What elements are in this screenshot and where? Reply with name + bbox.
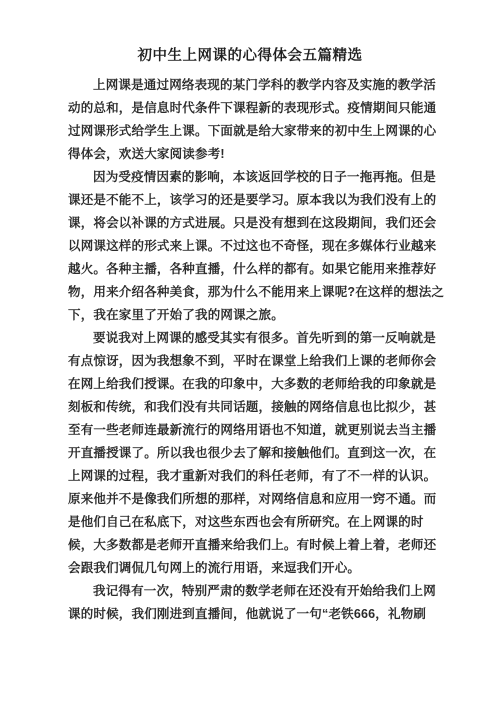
text-line: 我记得有一次，特别严肃的数学老师在还没有开始给我们上网 bbox=[68, 580, 436, 603]
text-line: 课还是不能不上，该学习的还是要学习。原本我以为我们没有上的 bbox=[68, 189, 436, 212]
document-title: 初中生上网课的心得体会五篇精选 bbox=[0, 47, 500, 65]
text-line: 动的总和，是信息时代条件下课程新的表现形式。疫情期间只能通 bbox=[68, 97, 436, 120]
paragraph: 因为受疫情因素的影响，本该返回学校的日子一拖再拖。但是课还是不能不上，该学习的还… bbox=[68, 166, 436, 327]
text-line: 刻板和传统，和我们没有共同话题，接触的网络信息也比拟少，甚 bbox=[68, 396, 436, 419]
text-line: 会跟我们调侃几句网上的流行用语，来逗我们开心。 bbox=[68, 557, 436, 580]
text-line: 开直播授课了。所以我也很少去了解和接触他们。直到这一次，在 bbox=[68, 442, 436, 465]
text-line: 下，我在家里了开始了我的网课之旅。 bbox=[68, 304, 436, 327]
paragraph: 要说我对上网课的感受其实有很多。首先听到的第一反响就是有点惊讶，因为我想象不到，… bbox=[68, 327, 436, 580]
text-line: 上网课的过程，我才重新对我们的科任老师，有了不一样的认识。 bbox=[68, 465, 436, 488]
text-line: 在网上给我们授课。在我的印象中，大多数的老师给我的印象就是 bbox=[68, 373, 436, 396]
text-line: 过网课形式给学生上课。下面就是给大家带来的初中生上网课的心 bbox=[68, 120, 436, 143]
text-line: 因为受疫情因素的影响，本该返回学校的日子一拖再拖。但是 bbox=[68, 166, 436, 189]
text-line: 得体会，欢送大家阅读参考! bbox=[68, 143, 436, 166]
text-line: 要说我对上网课的感受其实有很多。首先听到的第一反响就是 bbox=[68, 327, 436, 350]
text-line: 原来他并不是像我们所想的那样，对网络信息和应用一窍不通。而 bbox=[68, 488, 436, 511]
text-line: 是他们自己在私底下，对这些东西也会有所研究。在上网课的时 bbox=[68, 511, 436, 534]
text-line: 物，用来介绍各种美食，那为什么不能用来上课呢?在这样的想法之 bbox=[68, 281, 436, 304]
paragraph: 我记得有一次，特别严肃的数学老师在还没有开始给我们上网课的时候，我们刚进到直播间… bbox=[68, 580, 436, 626]
paragraph: 上网课是通过网络表现的某门学科的教学内容及实施的教学活动的总和，是信息时代条件下… bbox=[68, 74, 436, 166]
text-line: 越火。各种主播，各种直播，什么样的都有。如果它能用来推荐好 bbox=[68, 258, 436, 281]
text-line: 候，大多数都是老师开直播来给我们上。有时候上着上着，老师还 bbox=[68, 534, 436, 557]
text-line: 上网课是通过网络表现的某门学科的教学内容及实施的教学活 bbox=[68, 74, 436, 97]
text-line: 至有一些老师连最新流行的网络用语也不知道，就更别说去当主播 bbox=[68, 419, 436, 442]
text-line: 课，将会以补课的方式进展。只是没有想到在这段期间，我们还会 bbox=[68, 212, 436, 235]
text-line: 以网课这样的形式来上课。不过这也不奇怪，现在多媒体行业越来 bbox=[68, 235, 436, 258]
document-page: 初中生上网课的心得体会五篇精选 上网课是通过网络表现的某门学科的教学内容及实施的… bbox=[0, 0, 500, 707]
text-line: 课的时候，我们刚进到直播间，他就说了一句“老铁666，礼物刷 bbox=[68, 603, 436, 626]
document-body: 上网课是通过网络表现的某门学科的教学内容及实施的教学活动的总和，是信息时代条件下… bbox=[68, 74, 436, 626]
text-line: 有点惊讶，因为我想象不到，平时在课堂上给我们上课的老师你会 bbox=[68, 350, 436, 373]
